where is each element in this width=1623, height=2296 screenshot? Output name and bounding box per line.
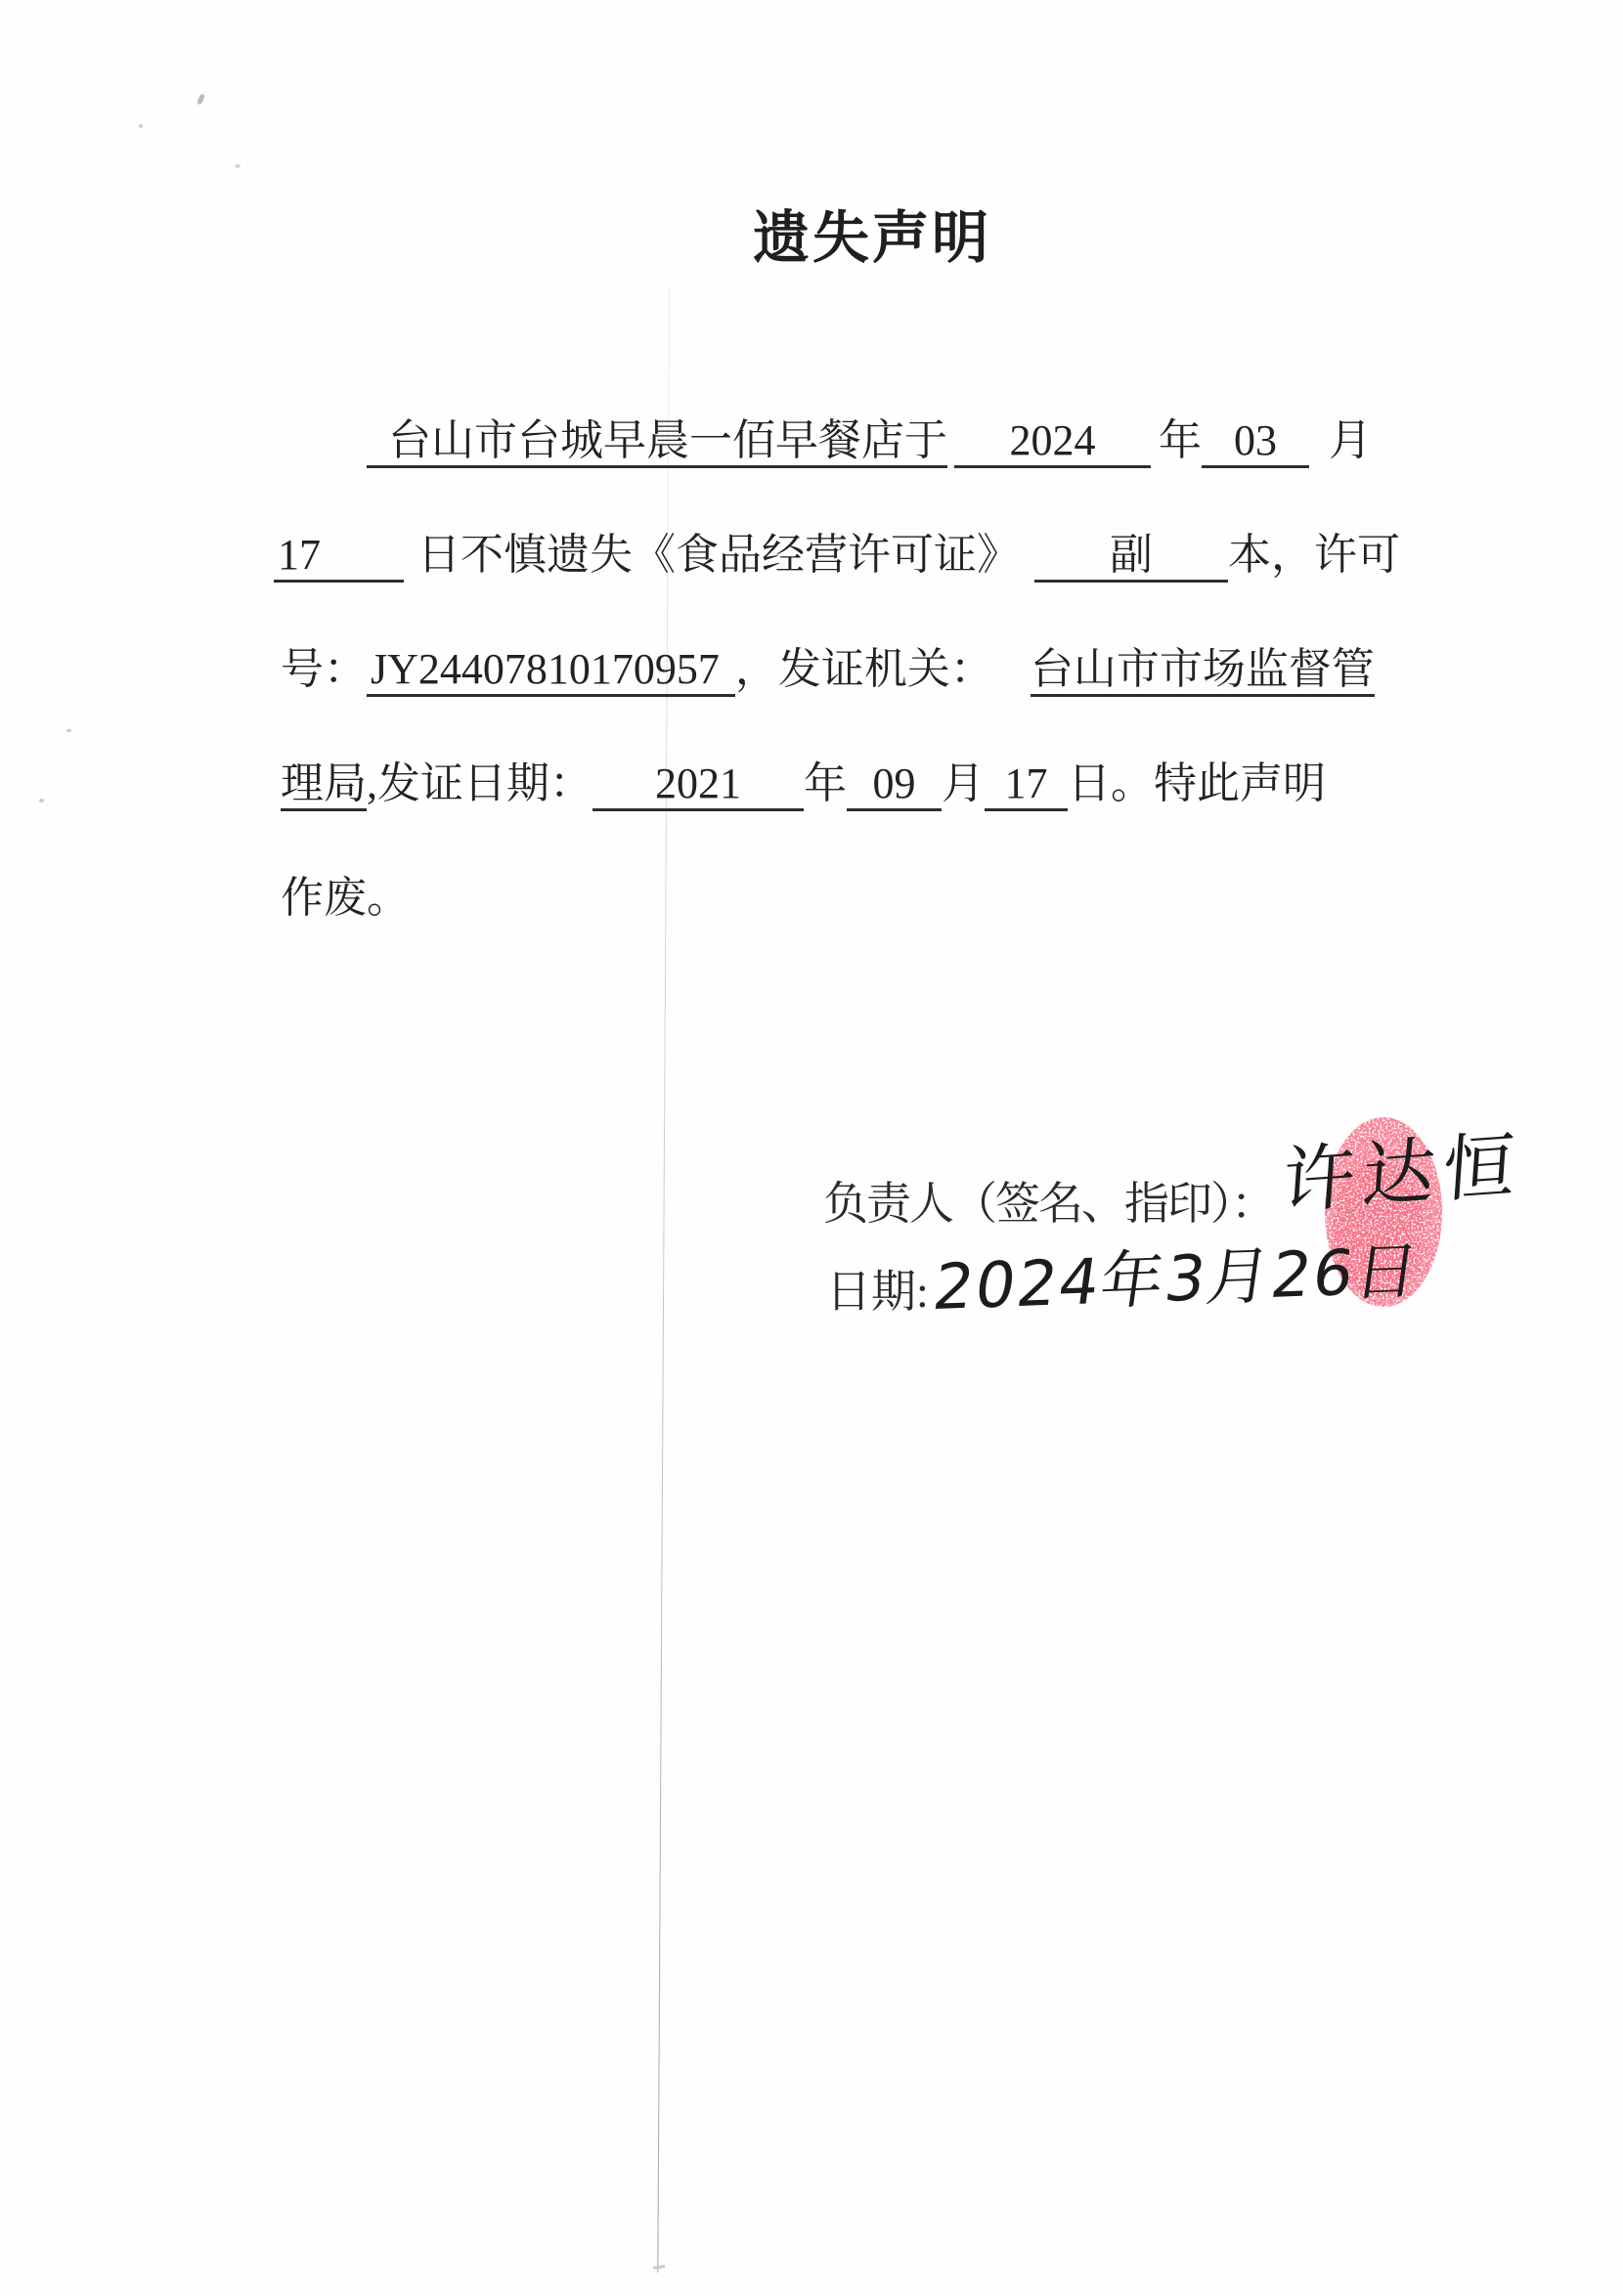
scan-speck	[39, 799, 44, 802]
issue-day-blank: 17	[985, 759, 1068, 811]
body-line-5: 作废。	[281, 874, 410, 923]
scan-fold-tick	[653, 2265, 665, 2270]
scan-fold-line	[657, 288, 670, 2273]
body-line-1: 台山市台城早晨一佰早餐店于2024年03月	[367, 416, 1372, 468]
issue-year-blank: 2021	[592, 759, 804, 811]
body-line-4: 理局,发证日期：2021年09月17日。特此声明	[281, 759, 1326, 811]
body-text-after-day: 日不慎遗失《食品经营许可证》	[417, 531, 1020, 579]
handwritten-date: 2024年3月26日	[929, 1234, 1426, 1326]
handwritten-signature: 许达恒	[1280, 1129, 1525, 1219]
issue-date-label: 发证日期：	[377, 759, 592, 807]
issuing-authority-continued: 理局	[281, 759, 367, 811]
license-no-label: 号：	[281, 645, 367, 693]
unit-year: 年	[1159, 416, 1202, 464]
loss-year-blank: 2024	[954, 416, 1151, 468]
loss-day-blank: 17	[274, 531, 404, 583]
scan-speck	[66, 729, 71, 732]
company-name-underlined: 台山市台城早晨一佰早餐店于	[367, 416, 947, 468]
unit-month: 月	[1329, 416, 1372, 464]
body-line-3: 号：JY24407810170957，发证机关：台山市市场监督管	[281, 645, 1375, 697]
date-label: 日期:	[826, 1267, 929, 1318]
loss-month-blank: 03	[1202, 416, 1309, 468]
day-suffix: 日。	[1068, 759, 1154, 807]
issuing-authority-underlined: 台山市市场监督管	[1031, 645, 1375, 697]
scan-speck	[197, 93, 205, 105]
body-line-2: 17日不慎遗失《食品经营许可证》副本，许可	[274, 531, 1400, 583]
body-text-middle: ，发证机关：	[735, 645, 993, 693]
copy-type-blank: 副	[1034, 531, 1228, 583]
body-text-after-copy: 本，许可	[1228, 531, 1400, 579]
responsible-person-label: 负责人（签名、指印）：	[823, 1179, 1274, 1230]
scan-speck	[235, 164, 241, 168]
document-title: 遗失声明	[753, 207, 991, 270]
closing-statement: 特此声明	[1154, 759, 1326, 807]
license-number-underlined: JY24407810170957	[367, 645, 735, 697]
issue-month-blank: 09	[847, 759, 942, 811]
unit-month: 月	[942, 759, 985, 807]
scanned-document-page: 遗失声明 台山市台城早晨一佰早餐店于2024年03月 17日不慎遗失《食品经营许…	[0, 0, 1623, 2296]
comma: ,	[367, 759, 377, 807]
void-statement: 作废。	[281, 874, 410, 922]
scan-speck	[139, 124, 143, 128]
unit-year: 年	[804, 759, 847, 807]
